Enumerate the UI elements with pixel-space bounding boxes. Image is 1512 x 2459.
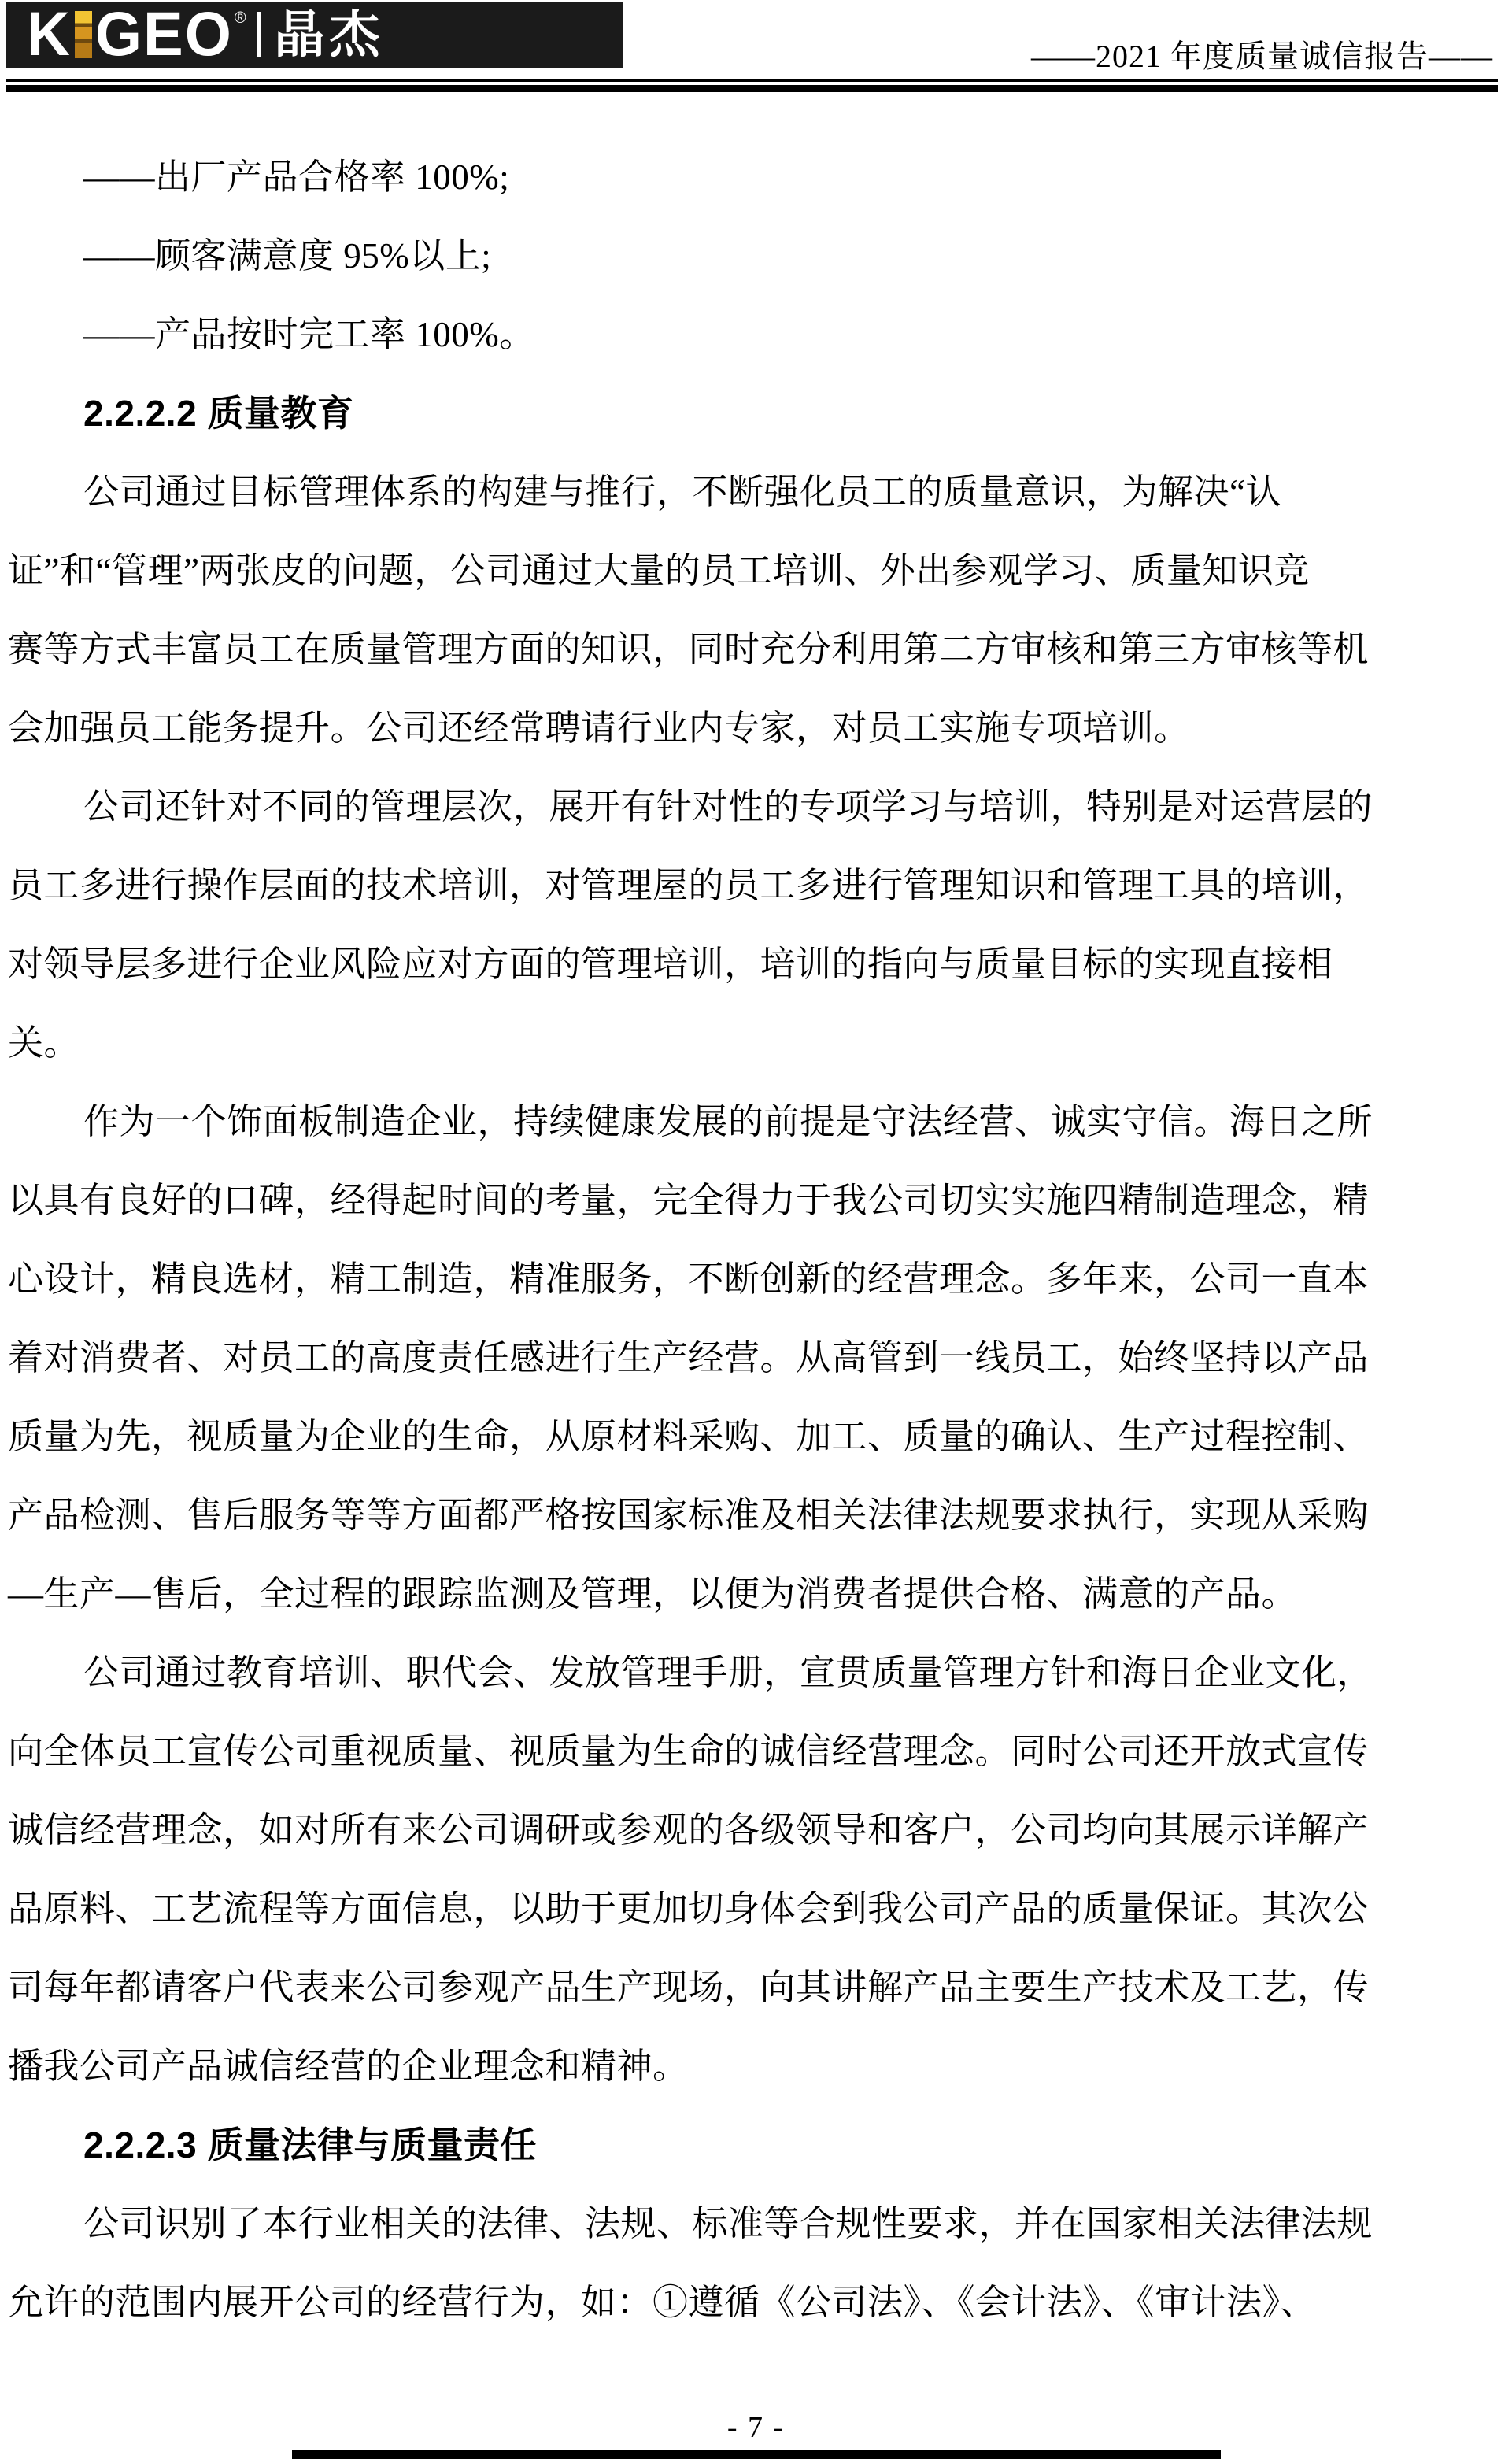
paragraph-line: 对领导层多进行企业风险应对方面的管理培训，培训的指向与质量目标的实现直接相 (8, 925, 1507, 1004)
paragraph-line: 向全体员工宣传公司重视质量、视质量为生命的诚信经营理念。同时公司还开放式宣传 (8, 1712, 1507, 1791)
paragraph-line: 着对消费者、对员工的高度责任感进行生产经营。从高管到一线员工，始终坚持以产品 (8, 1318, 1507, 1397)
kigeo-logo: K GEO ® 晶杰 (6, 2, 623, 68)
footer-bar (292, 2450, 1221, 2459)
report-page: K GEO ® 晶杰 ——2021 年度质量诚信报告—— ——出厂产品合格率 1… (0, 0, 1512, 2459)
paragraph-line: 赛等方式丰富员工在质量管理方面的知识，同时充分利用第二方审核和第三方审核等机 (8, 610, 1507, 689)
paragraph-line: 以具有良好的口碑，经得起时间的考量，完全得力于我公司切实实施四精制造理念，精 (8, 1161, 1507, 1240)
paragraph-line: 质量为先，视质量为企业的生命，从原材料采购、加工、质量的确认、生产过程控制、 (8, 1397, 1507, 1476)
section-heading-2222: 2.2.2.2 质量教育 (8, 374, 1507, 453)
logo-stripe-i-icon (75, 11, 92, 58)
paragraph-line: 作为一个饰面板制造企业，持续健康发展的前提是守法经营、诚实守信。海日之所 (8, 1082, 1507, 1161)
paragraph-line: 会加强员工能务提升。公司还经常聘请行业内专家，对员工实施专项培训。 (8, 689, 1507, 767)
logo-chinese-name: 晶杰 (275, 9, 385, 60)
paragraph-line: 产品检测、售后服务等等方面都严格按国家标准及相关法律法规要求执行，实现从采购 (8, 1476, 1507, 1555)
paragraph-line: 公司通过目标管理体系的构建与推行，不断强化员工的质量意识，为解决“认 (8, 453, 1507, 531)
document-body: ——出厂产品合格率 100%; ——顾客满意度 95%以上; ——产品按时完工率… (8, 138, 1507, 2342)
paragraph-line: 公司识别了本行业相关的法律、法规、标准等合规性要求，并在国家相关法律法规 (8, 2184, 1507, 2263)
paragraph-line: 证”和“管理”两张皮的问题，公司通过大量的员工培训、外出参观学习、质量知识竞 (8, 531, 1507, 610)
header-rule (6, 79, 1498, 92)
paragraph-line: 播我公司产品诚信经营的企业理念和精神。 (8, 2027, 1507, 2106)
paragraph-line: 允许的范围内展开公司的经营行为，如：①遵循《公司法》、《会计法》、《审计法》、 (8, 2263, 1507, 2342)
header-rule-thick-line (6, 85, 1498, 92)
logo-divider (257, 12, 261, 57)
logo-letters-geo: GEO (95, 3, 233, 65)
paragraph-line: 诚信经营理念，如对所有来公司调研或参观的各级领导和客户，公司均向其展示详解产 (8, 1791, 1507, 1869)
paragraph-line: 心设计，精良选材，精工制造，精准服务，不断创新的经营理念。多年来，公司一直本 (8, 1240, 1507, 1318)
logo-letter-k: K (27, 3, 72, 65)
paragraph-line: 关。 (8, 1004, 1507, 1082)
page-number: - 7 - (0, 2410, 1512, 2445)
paragraph-line: 公司还针对不同的管理层次，展开有针对性的专项学习与培训，特别是对运营层的 (8, 767, 1507, 846)
bullet-line: ——顾客满意度 95%以上; (8, 216, 1507, 295)
paragraph-line: 公司通过教育培训、职代会、发放管理手册，宣贯质量管理方针和海日企业文化， (8, 1633, 1507, 1712)
paragraph-line: 司每年都请客户代表来公司参观产品生产现场，向其讲解产品主要生产技术及工艺，传 (8, 1948, 1507, 2027)
paragraph-line: 品原料、工艺流程等方面信息，以助于更加切身体会到我公司产品的质量保证。其次公 (8, 1869, 1507, 1948)
registered-trademark-icon: ® (235, 9, 246, 28)
paragraph-line: —生产—售后，全过程的跟踪监测及管理，以便为消费者提供合格、满意的产品。 (8, 1555, 1507, 1633)
bullet-line: ——产品按时完工率 100%。 (8, 295, 1507, 374)
section-heading-2223: 2.2.2.3 质量法律与质量责任 (8, 2106, 1507, 2184)
paragraph-line: 员工多进行操作层面的技术培训，对管理屋的员工多进行管理知识和管理工具的培训， (8, 846, 1507, 925)
report-title: ——2021 年度质量诚信报告—— (1031, 38, 1493, 76)
bullet-line: ——出厂产品合格率 100%; (8, 138, 1507, 216)
